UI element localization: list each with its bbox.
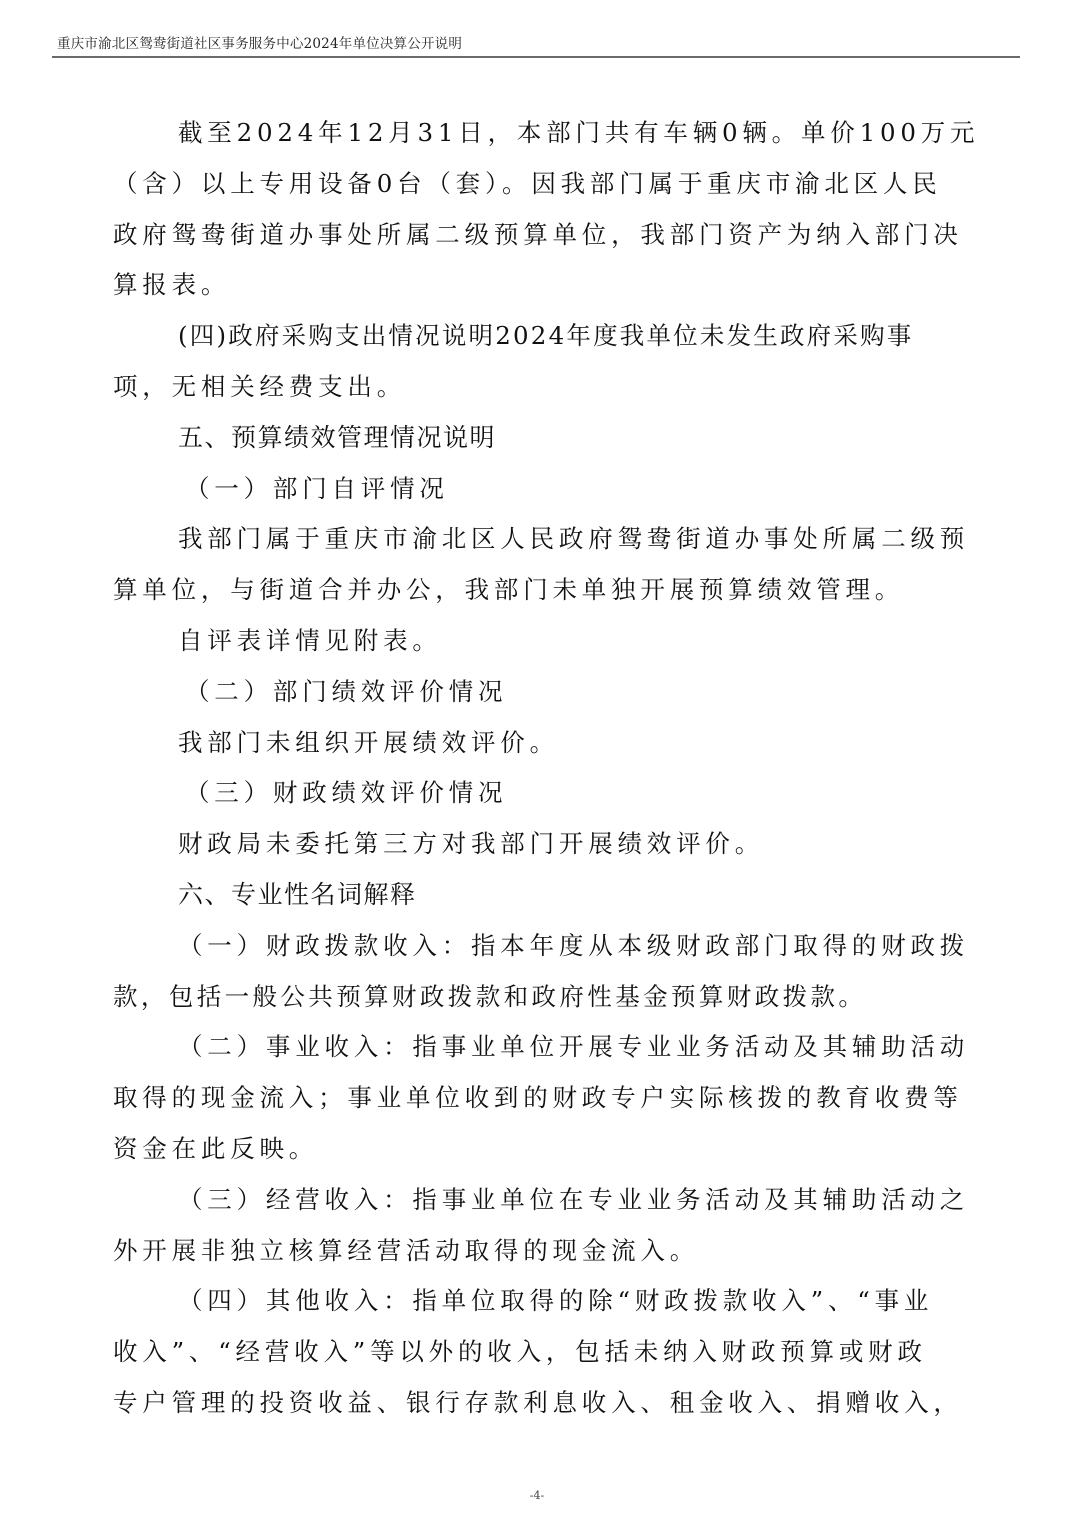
definition-operating-income-line-2: 外开展非独立核算经营活动取得的现金流入。: [113, 1226, 959, 1277]
definition-business-income-line-3: 资金在此反映。: [113, 1124, 959, 1175]
paragraph-vehicles-line-1: 截至2024年12月31日，本部门共有车辆0辆。单价100万元: [113, 108, 959, 159]
definition-business-income-line-2: 取得的现金流入；事业单位收到的财政专户实际核拨的教育收费等: [113, 1073, 959, 1124]
page-header: 重庆市渝北区鸳鸯街道社区事务服务中心2024年单位决算公开说明: [52, 28, 1020, 58]
document-body: 截至2024年12月31日，本部门共有车辆0辆。单价100万元 （含）以上专用设…: [113, 108, 959, 1429]
paragraph-finance-evaluation: 财政局未委托第三方对我部门开展绩效评价。: [113, 819, 959, 870]
definition-operating-income-line-1: （三）经营收入：指事业单位在专业业务活动及其辅助活动之: [113, 1175, 959, 1226]
document-running-title: 重庆市渝北区鸳鸯街道社区事务服务中心2024年单位决算公开说明: [57, 32, 462, 52]
paragraph-self-evaluation-attachment: 自评表详情见附表。: [113, 616, 959, 667]
paragraph-vehicles-line-4: 算报表。: [113, 260, 959, 311]
section-heading-5: 五、预算绩效管理情况说明: [113, 413, 959, 464]
definition-business-income-line-1: （二）事业收入：指事业单位开展专业业务活动及其辅助活动: [113, 1022, 959, 1073]
definition-other-income-line-1: （四）其他收入：指单位取得的除“财政拨款收入”、“事业: [113, 1276, 959, 1327]
paragraph-vehicles-line-2: （含）以上专用设备0台（套）。因我部门属于重庆市渝北区人民: [113, 159, 959, 210]
subheading-self-evaluation: （一）部门自评情况: [113, 464, 959, 515]
subheading-department-evaluation: （二）部门绩效评价情况: [113, 667, 959, 718]
paragraph-department-evaluation: 我部门未组织开展绩效评价。: [113, 718, 959, 769]
subheading-finance-evaluation: （三）财政绩效评价情况: [113, 768, 959, 819]
page-number: -4-: [0, 1489, 1074, 1502]
definition-fiscal-allocation-line-1: （一）财政拨款收入：指本年度从本级财政部门取得的财政拨: [113, 921, 959, 972]
section-heading-6: 六、专业性名词解释: [113, 870, 959, 921]
definition-other-income-line-2: 收入”、“经营收入”等以外的收入，包括未纳入财政预算或财政: [113, 1327, 959, 1378]
paragraph-procurement-line-1: (四)政府采购支出情况说明2024年度我单位未发生政府采购事: [113, 311, 959, 362]
paragraph-procurement-line-2: 项，无相关经费支出。: [113, 362, 959, 413]
definition-fiscal-allocation-line-2: 款，包括一般公共预算财政拨款和政府性基金预算财政拨款。: [113, 972, 959, 1023]
paragraph-self-evaluation-line-2: 算单位，与街道合并办公，我部门未单独开展预算绩效管理。: [113, 565, 959, 616]
paragraph-self-evaluation-line-1: 我部门属于重庆市渝北区人民政府鸳鸯街道办事处所属二级预: [113, 514, 959, 565]
definition-other-income-line-3: 专户管理的投资收益、银行存款利息收入、租金收入、捐赠收入，: [113, 1378, 959, 1429]
paragraph-vehicles-line-3: 政府鸳鸯街道办事处所属二级预算单位，我部门资产为纳入部门决: [113, 210, 959, 261]
